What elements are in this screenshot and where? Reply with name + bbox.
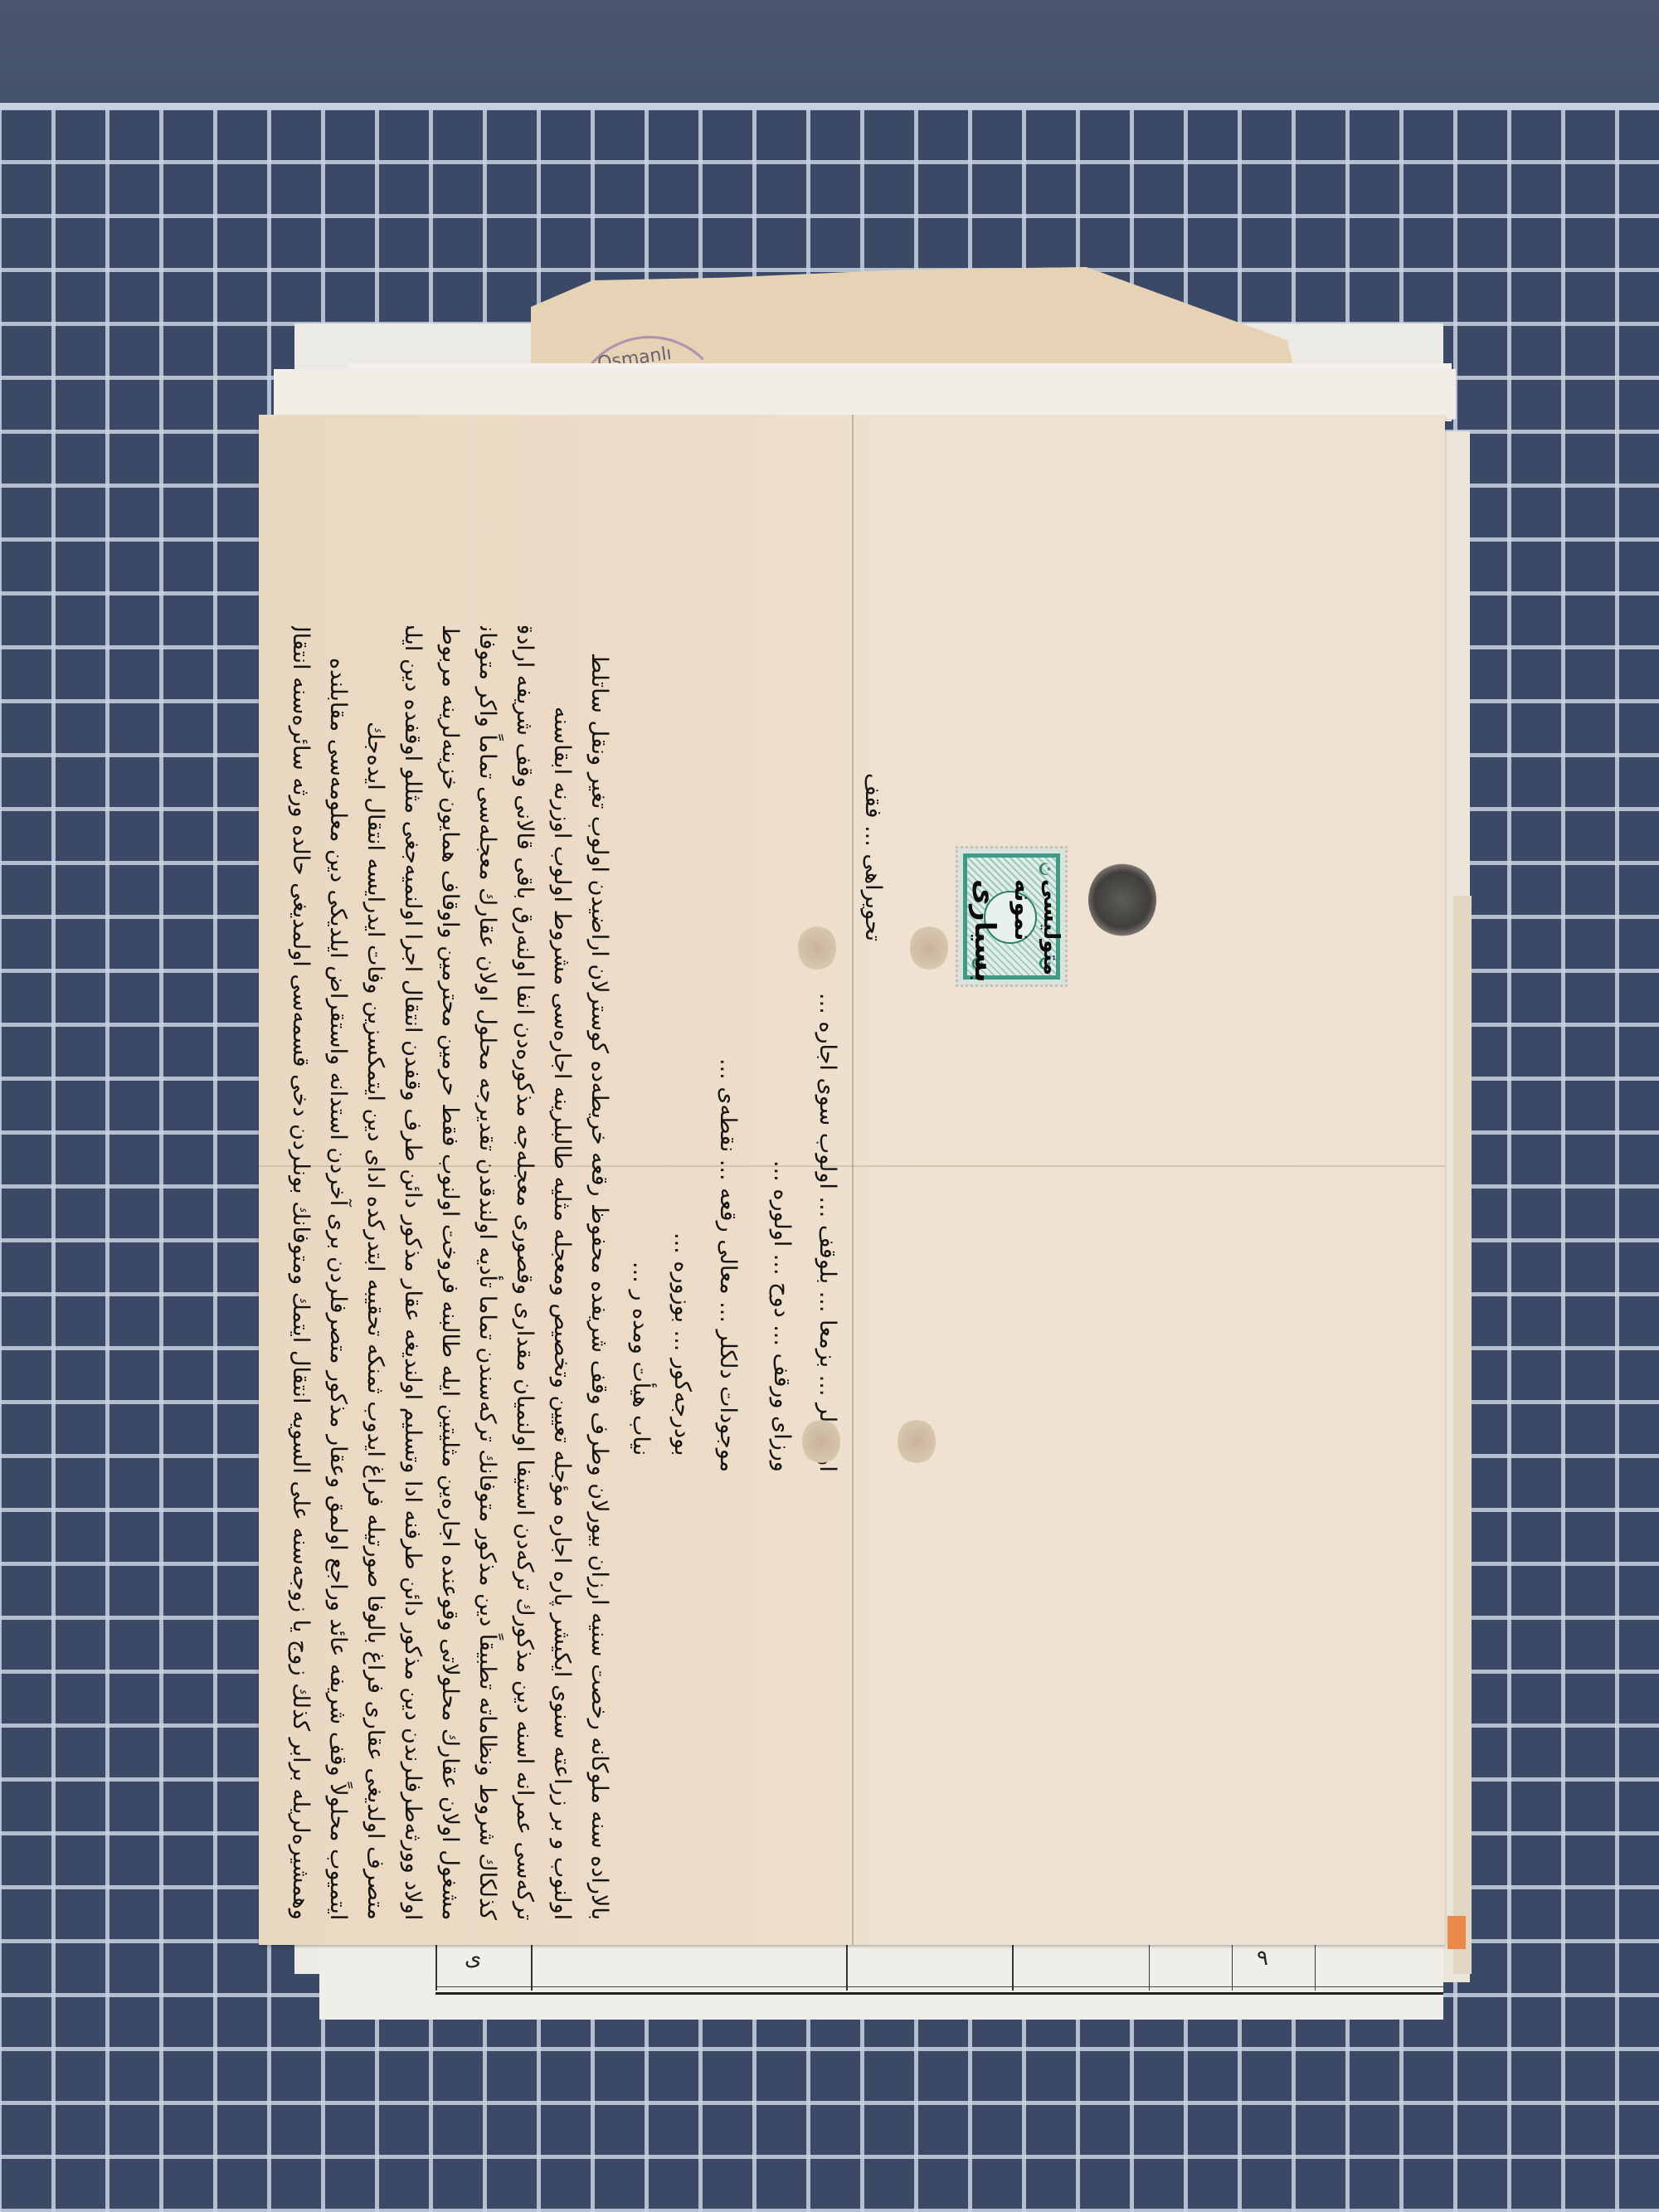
- crescent-star-icon: ☪: [1038, 859, 1053, 879]
- text-line: وهمشیره‌لریله برابر کذلك زوج یا زوجه‌سنه…: [284, 626, 317, 1920]
- stain-spot: [898, 1418, 936, 1465]
- stain-spot: [798, 925, 836, 971]
- ink-seal-icon: [1088, 863, 1156, 937]
- table-rule-thin: [435, 1986, 1443, 1987]
- table-column-line: [1232, 1941, 1233, 1991]
- text-line: نیاب هیأت ومده ر ...: [624, 626, 657, 1456]
- fold-crease-vertical: [852, 415, 854, 1945]
- text-line: بالاراده سنه ملوکانه رخصت سنیه ارزان بیو…: [582, 626, 615, 1920]
- table-char: ی: [465, 1946, 481, 1971]
- back-sheet-right-edge-2: [1453, 896, 1472, 1974]
- text-line: بودرجه‌کور ... بوزوره‌ ...: [665, 626, 698, 1456]
- text-line: تحویراهی‌ ... فقف: [856, 626, 889, 941]
- orange-tab: [1447, 1916, 1466, 1949]
- signature-line: بسیاری: [968, 879, 1001, 983]
- text-line: موجودات دلکلر ... معالی رقعه ... نقطه‌ی …: [711, 626, 744, 1472]
- back-sheet-middle: [274, 369, 1456, 420]
- table-column-line: [1012, 1941, 1014, 1991]
- text-line: اوره‌دلر ... بزمعا ... بلوقف ... اولوب س…: [810, 626, 844, 1472]
- text-line: متصرف اولدیغی عقاری فراغ بالوفا صورتیله …: [358, 626, 392, 1920]
- main-document-sheet: وهمشیره‌لریله برابر کذلك زوج یا زوجه‌سنه…: [259, 415, 1445, 1945]
- stain-spot: [910, 925, 948, 971]
- signature-line: متولیسی: [1039, 879, 1063, 975]
- ruled-table-sheet: ی ۹: [319, 1941, 1443, 2020]
- text-line: مشغول اولان عقارك محلولاتی وقوعنده اجاره…: [433, 626, 466, 1920]
- table-column-line: [846, 1941, 848, 1991]
- table-char: ۹: [1257, 1946, 1268, 1971]
- text-line: اولنوب و بر زراعته سنوی ایکیشر پاره اجار…: [545, 626, 578, 1920]
- text-line: اولاد وورثه‌طرفلرندن دین مذکور دائن طرفن…: [396, 626, 429, 1920]
- text-line: ورزای ورقف ... دوح ... اولوره‌ ...: [765, 626, 798, 1472]
- text-line: ترکه‌سی عمرانه اسنه دین مذکورك ترکه‌دن ا…: [508, 626, 541, 1920]
- text-line: ایتمیوب محلولاً وقف شریفه عائد وراجع اول…: [321, 626, 354, 1920]
- mat-border-line: [0, 103, 1659, 109]
- table-column-line: [531, 1941, 533, 1991]
- table-rule-thick: [435, 1992, 1443, 1995]
- table-column-line: [1149, 1941, 1150, 1991]
- table-column-line: [435, 1941, 437, 1991]
- signature-line: نمونه: [1010, 879, 1037, 941]
- table-column-line: [1315, 1941, 1316, 1991]
- stain-spot: [802, 1418, 840, 1465]
- cutting-mat-top: [0, 0, 1659, 108]
- text-line: کذلکاك شروط ونظاماته تطبیقاً دین مذکور م…: [470, 626, 504, 1920]
